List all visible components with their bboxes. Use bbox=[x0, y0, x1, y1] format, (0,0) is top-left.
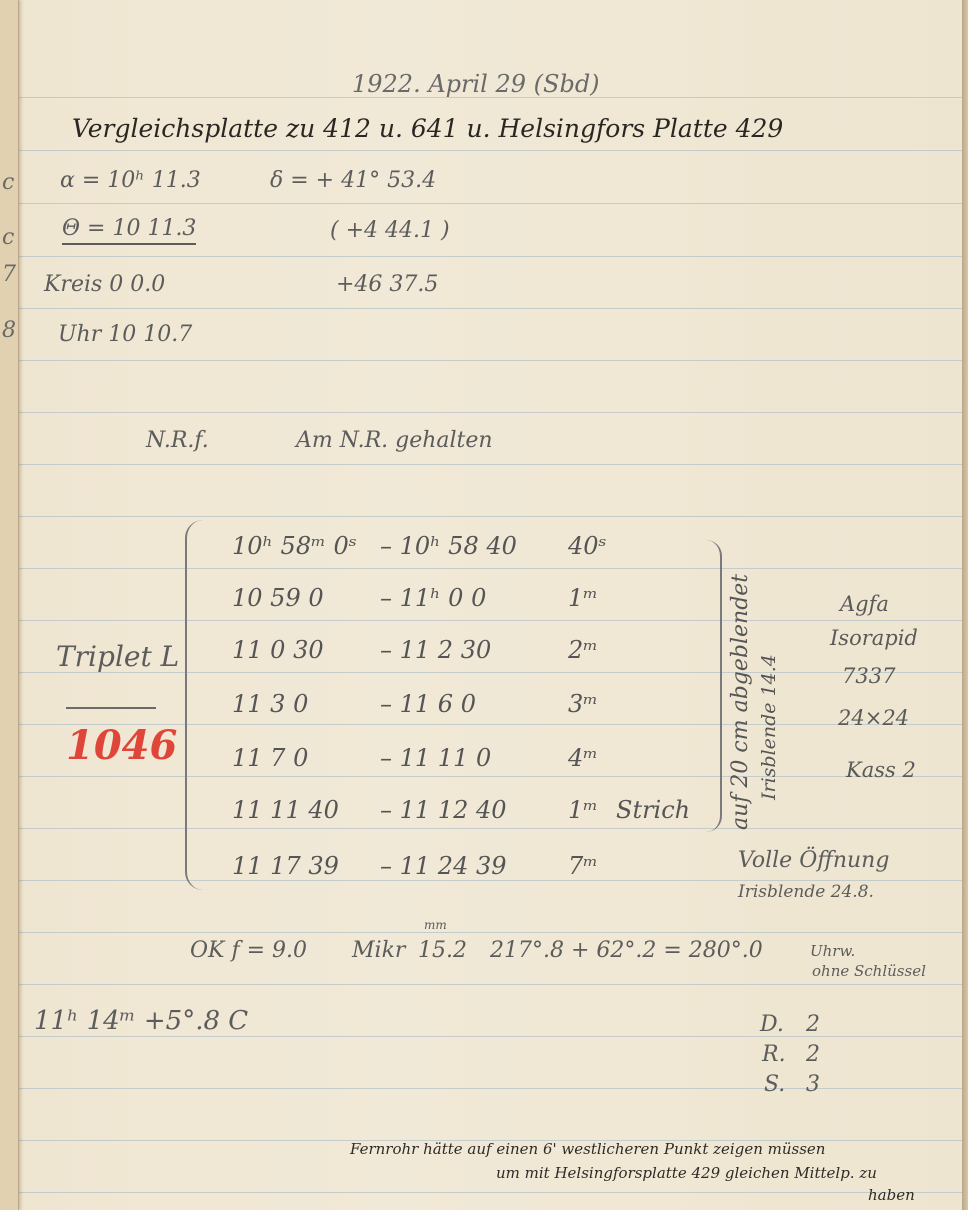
exposure-end: – 11 12 40 bbox=[380, 796, 507, 824]
ruled-line bbox=[18, 1192, 962, 1193]
ruled-line bbox=[18, 308, 962, 309]
exposure-start: 10 59 0 bbox=[232, 584, 324, 612]
ruled-line bbox=[18, 776, 962, 777]
ruled-line bbox=[18, 360, 962, 361]
ruled-line bbox=[18, 828, 962, 829]
footnote-line: um mit Helsingforsplatte 429 gleichen Mi… bbox=[496, 1164, 877, 1182]
ruled-line bbox=[18, 516, 962, 517]
micrometer-label: Mikr bbox=[352, 938, 405, 963]
ruled-line bbox=[18, 464, 962, 465]
cassette: Kass 2 bbox=[846, 758, 916, 782]
full-aperture-label: Volle Öffnung bbox=[738, 848, 889, 873]
ruled-line bbox=[18, 620, 962, 621]
footnote-line: haben bbox=[868, 1186, 915, 1204]
instrument-label: Triplet L bbox=[56, 640, 179, 673]
temperature-reading: 11ʰ 14ᵐ +5°.8 C bbox=[34, 1006, 248, 1036]
hour-angle-offset: ( +4 44.1 ) bbox=[330, 218, 450, 243]
exposure-start: 11 7 0 bbox=[232, 744, 308, 772]
kreis-reading: Kreis 0 0.0 bbox=[44, 272, 165, 297]
ruled-line bbox=[18, 150, 962, 151]
micrometer-value: 15.2 bbox=[418, 938, 467, 963]
ruled-line bbox=[18, 932, 962, 933]
plate-number: 1046 bbox=[66, 722, 177, 769]
rating-label: R. bbox=[762, 1042, 786, 1067]
exposure-start: 10ʰ 58ᵐ 0ˢ bbox=[232, 532, 357, 560]
entry-title: Vergleichsplatte zu 412 u. 641 u. Helsin… bbox=[72, 114, 783, 143]
right-brace bbox=[700, 540, 722, 832]
exposure-duration: 40ˢ bbox=[568, 532, 607, 560]
exposure-duration: 2ᵐ bbox=[568, 636, 598, 664]
exposure-end: – 11 24 39 bbox=[380, 852, 507, 880]
angle-sum: 217°.8 + 62°.2 = 280°.0 bbox=[490, 938, 763, 963]
ruled-line bbox=[18, 568, 962, 569]
exposure-end: – 11ʰ 0 0 bbox=[380, 584, 486, 612]
ruled-line bbox=[18, 412, 962, 413]
section-note: Am N.R. gehalten bbox=[296, 428, 493, 453]
ruled-line bbox=[18, 1088, 962, 1089]
section-label: N.R.f. bbox=[146, 428, 209, 453]
entry-date: 1922. April 29 (Sbd) bbox=[352, 70, 600, 98]
exposure-end: – 11 2 30 bbox=[380, 636, 491, 664]
plate-type: Isorapid bbox=[830, 626, 918, 650]
clockwork-label: Uhrw. bbox=[810, 942, 855, 960]
rating-label: D. bbox=[760, 1012, 784, 1037]
kreis-offset: +46 37.5 bbox=[336, 272, 438, 297]
exposure-start: 11 0 30 bbox=[232, 636, 324, 664]
clockwork-note: ohne Schlüssel bbox=[812, 962, 926, 980]
ruled-line bbox=[18, 880, 962, 881]
plate-emulsion: 7337 bbox=[842, 664, 895, 688]
footnote-line: Fernrohr hätte auf einen 6' westlicheren… bbox=[350, 1140, 825, 1158]
bleed-glyph: 8 bbox=[2, 318, 16, 343]
exposure-duration: 1ᵐ bbox=[568, 796, 598, 824]
sidereal-time: Θ = 10 11.3 bbox=[62, 216, 196, 245]
plate-size: 24×24 bbox=[838, 706, 909, 730]
rating-value: 3 bbox=[806, 1072, 820, 1097]
declination: δ = + 41° 53.4 bbox=[270, 168, 436, 193]
rating-value: 2 bbox=[806, 1012, 820, 1037]
plate-brand: Agfa bbox=[840, 592, 889, 616]
exposure-start: 11 11 40 bbox=[232, 796, 339, 824]
ruled-line bbox=[18, 203, 962, 204]
left-brace bbox=[185, 520, 209, 890]
aperture-note-vertical: auf 20 cm abgeblendet bbox=[728, 574, 753, 830]
iris-setting: Irisblende 24.8. bbox=[738, 882, 874, 902]
bleed-glyph: 7 bbox=[2, 262, 16, 287]
clock-reading: Uhr 10 10.7 bbox=[58, 322, 192, 347]
label-underline bbox=[66, 707, 156, 709]
exposure-duration: 3ᵐ bbox=[568, 690, 598, 718]
exposure-duration: 4ᵐ bbox=[568, 744, 598, 772]
right-ascension: α = 10ʰ 11.3 bbox=[60, 168, 201, 193]
ruled-line bbox=[18, 984, 962, 985]
ruled-line bbox=[18, 256, 962, 257]
exposure-start: 11 3 0 bbox=[232, 690, 308, 718]
exposure-duration: 7ᵐ bbox=[568, 852, 598, 880]
ocular-focus: OK f = 9.0 bbox=[190, 938, 307, 963]
previous-page-edge: c c 7 8 bbox=[0, 0, 19, 1210]
exposure-end: – 11 11 0 bbox=[380, 744, 491, 772]
page-right-edge bbox=[962, 0, 968, 1210]
bleed-glyph: c bbox=[2, 225, 14, 250]
ruled-line bbox=[18, 1036, 962, 1037]
rating-value: 2 bbox=[806, 1042, 820, 1067]
rating-label: S. bbox=[764, 1072, 785, 1097]
micrometer-unit: mm bbox=[424, 918, 447, 932]
exposure-duration: 1ᵐ bbox=[568, 584, 598, 612]
exposure-start: 11 17 39 bbox=[232, 852, 339, 880]
bleed-glyph: c bbox=[2, 170, 14, 195]
iris-note-vertical: Irisblende 14.4 bbox=[758, 654, 780, 800]
exposure-note: Strich bbox=[616, 796, 690, 824]
exposure-end: – 11 6 0 bbox=[380, 690, 476, 718]
exposure-end: – 10ʰ 58 40 bbox=[380, 532, 517, 560]
